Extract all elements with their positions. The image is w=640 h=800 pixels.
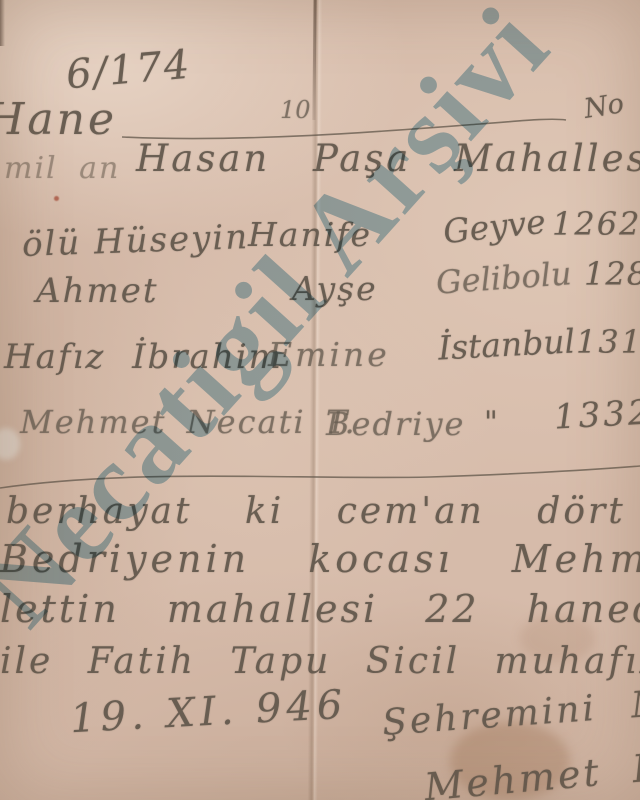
scanned-document-page: 6/174 Hane 10 No mil an Hasan Paşa Mahal…	[0, 0, 640, 800]
body-line: lettin mahallesi 22 hanede	[0, 590, 640, 628]
body-line: ile Fatih Tapu Sicil muhafızl	[0, 644, 640, 680]
